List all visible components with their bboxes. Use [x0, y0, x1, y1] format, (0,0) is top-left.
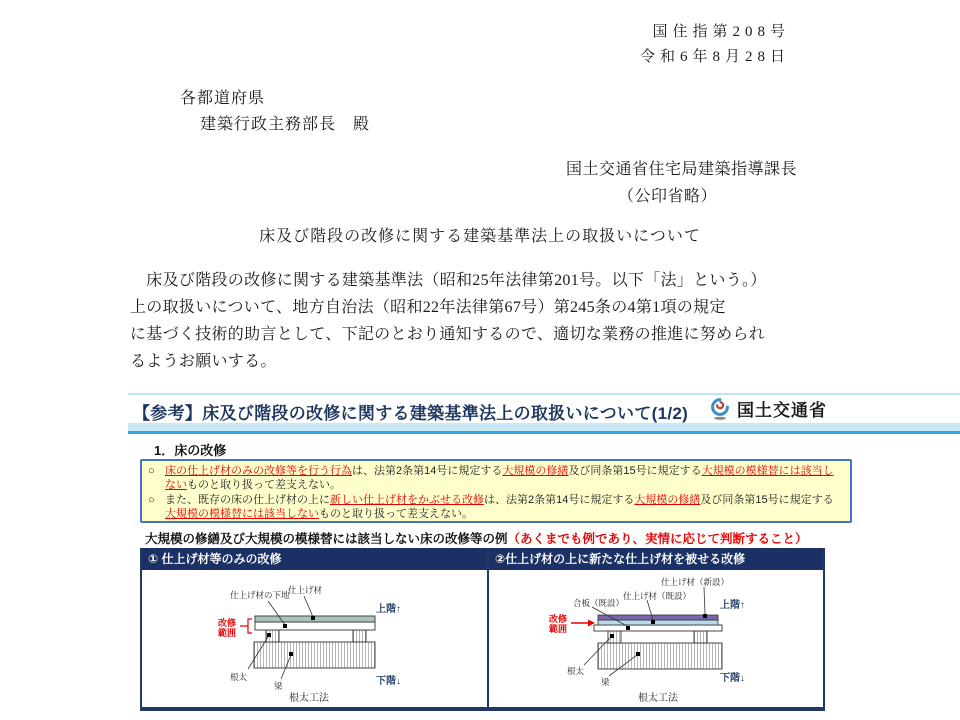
body-line: るようお願いする。 [130, 348, 810, 375]
panel2-header: ②仕上げ材の上に新たな仕上げ材を被せる改修 [489, 548, 823, 570]
circle-bullet-icon: ○ [148, 494, 161, 521]
document-number-block: 国住指第208号 令和6年8月28日 [640, 20, 790, 70]
finish-base-label: 仕上げ材の下地 [230, 590, 290, 600]
header-light-band [128, 423, 960, 431]
joist-label: 根太 [230, 672, 248, 682]
floor-diagram-finish-only: 改修 範囲 仕上げ材の下地 仕上げ材 上階↑ 下階↓ 根太 梁 根太工法 [142, 570, 487, 707]
bullet-item: ○ 床の仕上げ材のみの改修等を行う行為は、法第2条第14号に規定する大規模の修繕… [148, 465, 844, 492]
slide-title: 【参考】床及び階段の改修に関する建築基準法上の取扱いについて(1/2) [133, 399, 688, 424]
renovation-scope-label: 範囲 [549, 623, 567, 634]
addressee-title: 建築行政主務部長 殿 [180, 112, 370, 138]
example-panels: ① 仕上げ材等のみの改修 [140, 548, 825, 715]
panel-finish-only-renovation: ① 仕上げ材等のみの改修 [140, 548, 487, 707]
renovation-scope-label: 範囲 [218, 627, 236, 638]
body-line: 上の取扱いについて、地方自治法（昭和22年法律第67号）第245条の4第1項の規… [130, 294, 810, 321]
panel-overlay-renovation: ②仕上げ材の上に新たな仕上げ材を被せる改修 [487, 548, 825, 707]
panel1-diagram-area: 改修 範囲 仕上げ材の下地 仕上げ材 上階↑ 下階↓ 根太 梁 根太工法 [142, 570, 487, 707]
construction-method-caption: 根太工法 [638, 691, 679, 704]
finish-base-layer [255, 622, 375, 630]
upper-floor-label: 上階↑ [720, 598, 745, 611]
joist-label: 根太 [567, 666, 585, 676]
reference-slide: 【参考】床及び階段の改修に関する建築基準法上の取扱いについて(1/2) 国土交通… [128, 393, 960, 720]
existing-finish-layer [598, 620, 718, 625]
renovation-scope-label: 改修 [549, 613, 567, 624]
plywood-label: 合板（既設） [573, 598, 624, 608]
new-finish-label: 仕上げ材（新設） [661, 577, 729, 587]
sender-title: 国土交通省住宅局建築指導課長 [566, 156, 797, 183]
bullet-text: また、既存の床の仕上げ材の上に新しい仕上げ材をかぶせる改修は、法第2条第14号に… [165, 494, 844, 521]
document-date: 令和6年8月28日 [640, 45, 790, 70]
renovation-scope-bracket [240, 619, 252, 633]
bullet-text: 床の仕上げ材のみの改修等を行う行為は、法第2条第14号に規定する大規模の修繕及び… [165, 465, 844, 492]
mlit-logo-icon [708, 397, 732, 421]
document-number: 国住指第208号 [640, 20, 790, 45]
seal-omitted-note: （公印省略） [566, 183, 797, 210]
section-title-floor-renovation: 1．床の改修 [154, 440, 226, 459]
finish-label: 仕上げ材 [288, 585, 323, 595]
addressee-block: 各都道府県 建築行政主務部長 殿 [180, 86, 370, 138]
bullet-item: ○ また、既存の床の仕上げ材の上に新しい仕上げ材をかぶせる改修は、法第2条第14… [148, 494, 844, 521]
construction-method-caption: 根太工法 [289, 691, 330, 704]
joist-post [608, 631, 621, 643]
examples-heading-main: 大規模の修繕及び大規模の模様替には該当しない床の改修等の例 [145, 532, 508, 546]
existing-finish-label: 仕上げ材（既設） [623, 591, 691, 601]
addressee-prefectures: 各都道府県 [180, 86, 370, 112]
beam-block [254, 642, 375, 668]
floor-diagram-overlay: 改修 範囲 合板（既設） 仕上げ材（既設） 仕上げ材（新設） 上階↑ 下階↓ 根… [489, 570, 823, 707]
document-page: 国住指第208号 令和6年8月28日 各都道府県 建築行政主務部長 殿 国土交通… [0, 0, 960, 720]
body-line: に基づく技術的助言として、下記のとおり通知するので、適切な業務の推進に努められ [130, 321, 810, 348]
panel2-diagram-area: 改修 範囲 合板（既設） 仕上げ材（既設） 仕上げ材（新設） 上階↑ 下階↓ 根… [489, 570, 823, 707]
header-cyan-band [128, 431, 960, 434]
letter-body: 床及び階段の改修に関する建築基準法（昭和25年法律第201号。以下「法」という。… [130, 267, 810, 375]
panel1-header: ① 仕上げ材等のみの改修 [142, 548, 487, 570]
plywood-layer [594, 625, 722, 631]
sender-block: 国土交通省住宅局建築指導課長 （公印省略） [566, 156, 797, 210]
examples-heading: 大規模の修繕及び大規模の模様替には該当しない床の改修等の例（あくまでも例であり、… [145, 529, 808, 547]
joist-post [353, 630, 366, 642]
mlit-logo: 国土交通省 [708, 396, 827, 421]
renovation-scope-label: 改修 [218, 617, 236, 628]
examples-heading-note: （あくまでも例であり、実情に応じて判断すること） [508, 532, 808, 546]
beam-label: 梁 [274, 681, 283, 691]
body-line: 床及び階段の改修に関する建築基準法（昭和25年法律第201号。以下「法」という。… [130, 267, 810, 294]
key-points-box: ○ 床の仕上げ材のみの改修等を行う行為は、法第2条第14号に規定する大規模の修繕… [140, 459, 852, 523]
beam-block [598, 643, 722, 669]
lower-floor-label: 下階↓ [720, 671, 745, 684]
letter-subject: 床及び階段の改修に関する建築基準法上の取扱いについて [0, 223, 960, 246]
lower-floor-label: 下階↓ [376, 674, 401, 687]
mlit-logo-text: 国土交通省 [737, 396, 827, 421]
beam-label: 梁 [601, 677, 610, 687]
joist-post [694, 631, 707, 643]
upper-floor-label: 上階↑ [376, 602, 401, 615]
slide-top-edge [128, 393, 960, 395]
circle-bullet-icon: ○ [148, 465, 161, 492]
new-finish-layer [598, 615, 718, 620]
panels-bottom-border [140, 707, 825, 711]
